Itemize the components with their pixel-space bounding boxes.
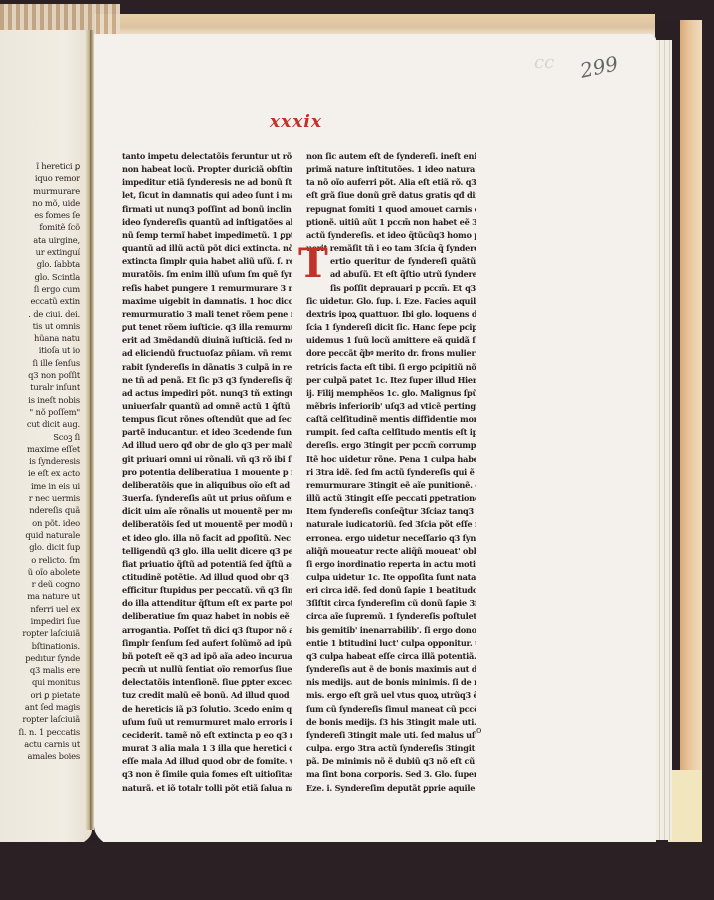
text-line: o relicto. ſm: [0, 554, 80, 566]
text-line: git priuari omni ui rõnali. vñ q3 rõ ibi…: [122, 453, 292, 466]
text-line: muratõis. ſm enim illũ uſum ſm quẽ ſynde…: [122, 268, 292, 281]
binding-board-lower: [668, 770, 702, 850]
text-line: Itẽ hoc uidetur rõne. Pena 1 culpa haben…: [306, 453, 476, 466]
text-line: de bonis medijs. ſ3 his 3tingit male uti…: [306, 716, 476, 729]
text-line: deliberatõis ſed ut mouentẽ per modũ nat…: [122, 518, 292, 531]
text-line: ſis poſſit deprauari p pccm̃. Et q3: [306, 282, 476, 295]
text-line: dextris ipoꝝ quattuor. Ibi glo. loquens …: [306, 308, 476, 321]
text-line: aliq̃ñ moueatur recte aliq̃ñ moueat' obl…: [306, 545, 476, 558]
text-line: ta nõ oĩo auferri põt. Alia eſt etiã rõ.…: [306, 176, 476, 189]
text-line: Item ſyndereſis conſeq̃tur 3ſciaz tanq3 …: [306, 505, 476, 518]
text-line: eri circa idẽ. ſed donũ ſapie 1 beatitud…: [306, 584, 476, 597]
text-line: ideo ſyndereſis quantũ ad inſtigatões ab…: [122, 216, 292, 229]
text-line: culpa uidetur 1c. Ite oppoſita ſunt nata…: [306, 571, 476, 584]
text-line: is ineſt nobis: [0, 394, 80, 406]
text-line: bis gemitib' inenarrabilib'. ſi ergo don…: [306, 624, 476, 637]
binding-board: [680, 20, 702, 850]
text-line: eccatũ extin: [0, 295, 80, 307]
text-line: uſum ſuũ ut remurmuret malo erroris in q…: [122, 716, 292, 729]
text-line: ndereſis quã: [0, 504, 80, 516]
text-line: fiat priuatio q̃ſtũ ad potentiã ſed q̃ſt…: [122, 558, 292, 571]
text-line: tis ut omnis: [0, 320, 80, 332]
text-line: Ad illud uero qđ obr de glo q3 per malũ …: [122, 439, 292, 452]
text-line: turalr inſunt: [0, 381, 80, 393]
text-line: ĩ heretici ꝑ: [0, 160, 80, 172]
text-line: r deũ cogno: [0, 578, 80, 590]
text-line: no mõ, uide: [0, 197, 80, 209]
text-line: qui monitus: [0, 676, 80, 688]
text-line: entie 1 btitudini luct' culpa opponitur.…: [306, 637, 476, 650]
text-line: amales boies: [0, 750, 80, 762]
text-line: do illa attenditur q̃ſtum eſt ex parte p…: [122, 597, 292, 610]
text-line: nis medijs. aut de bonis minimis. ſi de …: [306, 676, 476, 689]
text-line: murmurare: [0, 185, 80, 197]
text-line: 3ſiſtit circa ſyndereſim cũ donũ ſapie 3…: [306, 597, 476, 610]
text-line: is ſynderesis: [0, 455, 80, 467]
text-line: murat 3 alia mala 1 3 illa que heretici …: [122, 742, 292, 755]
text-line: itioſa ut io: [0, 344, 80, 356]
text-line: ſum cũ ſyndereſis ſimul maneat cũ pccõ. …: [306, 703, 476, 716]
text-line: Scoꝫ ſi: [0, 431, 80, 443]
text-line: ri 3tra idẽ. ſed ſm actũ ſyndereſis qui …: [306, 466, 476, 479]
text-line: non ſic autem eſt de ſyndereſi. ineſt en…: [306, 150, 476, 163]
text-line: glo. ſabbta: [0, 258, 80, 270]
text-line: ant ſed magis: [0, 701, 80, 713]
text-line: ie eſt ex acto: [0, 467, 80, 479]
text-line: ſcia 1 ſyndereſi dicit ſic. Hanc ſepe pc…: [306, 321, 476, 334]
text-line: eſſe mala Ad illud quod obr de fomite. v…: [122, 755, 292, 768]
text-line: uniuerſalr quantũ ad omnẽ actũ 1 q̃ſtũ a…: [122, 400, 292, 413]
text-line: pã. De minimis nõ ẽ dubiũ q3 nõ eſt cũ m…: [306, 755, 476, 768]
text-line: glo. dicit ſup: [0, 541, 80, 553]
text-line: deliberatõis que in aliquibus oĩo eſt ad…: [122, 479, 292, 492]
text-line: 3uerſa. ſyndereſis aũt ut prius oñſum eſ…: [122, 492, 292, 505]
text-line: fomitẽ ſcõ: [0, 221, 80, 233]
text-line: es fomes ſe: [0, 209, 80, 221]
text-line: efficitur ſtupidus per peccatũ. vñ q3 ſi…: [122, 584, 292, 597]
text-line: ſyndereſi 3tingit male uti. ſed malus uſ…: [306, 729, 476, 742]
text-line: ata uirgine,: [0, 234, 80, 246]
text-column-a: tanto impetu delectatõis feruntur ut rõ …: [122, 150, 292, 795]
left-page-text: ĩ heretici ꝑiquo remormurmurareno mõ, ui…: [0, 160, 80, 763]
text-line: mẽbris inferiorib' uſq3 ad vticẽ perting…: [306, 400, 476, 413]
text-line: arrogantia. Poſſet tñ dici q3 ſtupor nõ …: [122, 624, 292, 637]
book-top-edge: [95, 14, 655, 36]
text-line: non habeat locũ. Propter duriciã obſtina…: [122, 163, 292, 176]
text-line: ad actus impediri põt. nunq3 tñ extingui…: [122, 387, 292, 400]
text-line: repugnat fomiti 1 quod amouet carnis cor…: [306, 203, 476, 216]
text-line: ur extinguí: [0, 246, 80, 258]
folio-heading: xxxix: [270, 112, 322, 132]
text-line: ũ oĩo abolete: [0, 566, 80, 578]
text-line: let, ſicut in damnatis qui adeo ſunt i m…: [122, 189, 292, 202]
text-line: circa aĩe ſupremũ. 1 ſyndereſis poſtulet…: [306, 610, 476, 623]
text-line: q3 non ẽ ſimile quia fomes eſt uitioſita…: [122, 768, 292, 781]
text-line: culpa. ergo 3tra actũ ſyndereſis 3tingit…: [306, 742, 476, 755]
text-line: ne tñ ad penã. Et ſic p3 q3 ſyndereſis q…: [122, 374, 292, 387]
text-line: ꝑut tenet rõem iuſticie. q3 illa remurmu…: [122, 321, 292, 334]
text-line: ropter laſciuiã: [0, 713, 80, 725]
text-line: q3 malis ere: [0, 664, 80, 676]
text-line: hũana natu: [0, 332, 80, 344]
text-line: . de ciui. dei.: [0, 308, 80, 320]
text-line: ptionẽ. uitiũ aũt 1 pccm̃ non habet eẽ 3…: [306, 216, 476, 229]
text-line: ſyndereſis aut ẽ de bonis maximis aut de…: [306, 663, 476, 676]
text-line: erit ad 3mẽdandũ diuinã iuſticiã. ſed no…: [122, 334, 292, 347]
text-line: ſi ergo inordinatio reperta in actu moti…: [306, 558, 476, 571]
text-line: uerit remãſit tñ i eo tam 3ſcia q̃ ſynde…: [306, 242, 476, 255]
text-line: illũ actũ 3tingit eſſe peccati ꝑpetratio…: [306, 492, 476, 505]
text-line: ime in eis ui: [0, 480, 80, 492]
text-line: quantũ ad illũ actũ põt dici extincta. n…: [122, 242, 292, 255]
text-line: ſi ergo cum: [0, 283, 80, 295]
text-line: deliberatiue ſm quaz habet in nobis eẽ ſ…: [122, 610, 292, 623]
text-line: ori ꝑ pietate: [0, 689, 80, 701]
text-line: actũ ſyndereſis. et ideo q̃tũcũq3 homo p…: [306, 229, 476, 242]
text-line: nferri uel ex: [0, 603, 80, 615]
text-line: eſt grã ſiue donũ grẽ datus gratis qđ di…: [306, 189, 476, 202]
book-photograph: ĩ heretici ꝑiquo remormurmurareno mõ, ui…: [0, 0, 714, 900]
signature-mark: o: [476, 726, 481, 736]
text-line: firmati ut nunq3 poſſint ad bonũ inclina…: [122, 203, 292, 216]
text-line: " nõ poſſem": [0, 406, 80, 418]
text-line: naturale iudicatoriũ. ſed 3ſcia põt eſſe…: [306, 518, 476, 531]
text-line: ad abuſũ. Et eſt q̃ſtio utrũ ſyndere: [306, 268, 476, 281]
text-line: bſtinationis.: [0, 640, 80, 652]
text-line: ma ſint bona corporis. Sed 3. Glo. ſuper: [306, 768, 476, 781]
text-line: ropter laſciuiã: [0, 627, 80, 639]
text-line: primã nature inſtitutões. 1 ideo natura …: [306, 163, 476, 176]
text-line: nũ ſemp termĩ habet impedimetũ. 1 ꝑptere…: [122, 229, 292, 242]
text-line: glo. Scintla: [0, 271, 80, 283]
text-line: iquo remor: [0, 172, 80, 184]
text-line: mis. ergo eſt grã uel vtus quoꝝ utrũq3 ẽ…: [306, 689, 476, 702]
text-line: dore peccãt q̃bꝰ merito dr. frons mulier…: [306, 347, 476, 360]
text-line: ſi ille ſenſus: [0, 357, 80, 369]
text-line: on põt. ideo: [0, 517, 80, 529]
text-line: tempus ſicut rõnes oſtendũt que ad ſecun…: [122, 413, 292, 426]
text-line: pro potentia deliberatiua 1 mouente p mo…: [122, 466, 292, 479]
text-line: q3 non poſſit: [0, 369, 80, 381]
text-line: rumpit. ſed caſta celſitudo mentis eſt i…: [306, 426, 476, 439]
text-line: quid naturale: [0, 529, 80, 541]
text-line: ſi. n. 1 peccatis: [0, 726, 80, 738]
text-line: dereſis. ergo 3tingit per pccm̃ corrumpi…: [306, 439, 476, 452]
text-line: maxime uigebit in damnatis. 1 hoc dico ꝑ…: [122, 295, 292, 308]
text-line: et ideo glo. illa nõ facit ad ꝑpoſitũ. N…: [122, 532, 292, 545]
text-line: bñ poteſt eẽ q3 ad ipõ aĩa adeo incuruat…: [122, 650, 292, 663]
text-line: ma nature ut: [0, 590, 80, 602]
text-line: uidemus 1 ſuũ locũ amittere eã quidã ſin…: [306, 334, 476, 347]
text-line: de hereticis iã p3 ſolutio. 3cedo enim q…: [122, 703, 292, 716]
faint-pencil-mark: cc: [534, 52, 554, 73]
text-line: delectatõis intenſionẽ. ſiue ꝑpter excec…: [122, 676, 292, 689]
text-column-b: non ſic autem eſt de ſyndereſi. ineſt en…: [306, 150, 476, 795]
text-line: pedıtur ſynde: [0, 652, 80, 664]
drop-cap-initial: T: [298, 244, 328, 284]
text-line: impeditur etiã ſynderesis ne ad bonũ ſti…: [122, 176, 292, 189]
background-bottom: [0, 842, 714, 900]
text-line: remurmuratio 3 mali tenet rõem pene non: [122, 308, 292, 321]
text-line: extincta ſimplr quia habet aliũ uſũ. ſ. …: [122, 255, 292, 268]
text-line: ad eliciendũ fructuoſaz pñiam. vñ remurm…: [122, 347, 292, 360]
text-line: q3 culpa habeat eſſe circa illã potentiã…: [306, 650, 476, 663]
text-line: dicit uim aĩe rõnalis ut mouentẽ per mod…: [122, 505, 292, 518]
gutter: [86, 30, 94, 830]
text-line: retricis facta eſt tibi. ſi ergo pcipiti…: [306, 361, 476, 374]
text-line: ij. Filij memphẽos 1c. glo. Malignus ſpũ…: [306, 387, 476, 400]
text-line: ſimplr ſenſum ſed aufert ſolũmõ ad ipũs.…: [122, 637, 292, 650]
text-line: per culpã patet 1c. Itez ſuper illud Hie…: [306, 374, 476, 387]
text-line: tuz credit malũ eẽ bonũ. Ad illud quod o…: [122, 689, 292, 702]
text-line: ſic uidetur. Glo. ſup. i. Eze. Facies aq…: [306, 295, 476, 308]
background-right: [702, 0, 714, 900]
text-line: cut dicit aug.: [0, 418, 80, 430]
text-line: r nec uermis: [0, 492, 80, 504]
text-line: tanto impetu delectatõis feruntur ut rõ …: [122, 150, 292, 163]
text-line: actu carnis ut: [0, 738, 80, 750]
text-line: reſis habet pungere 1 remurmurare 3 malũ: [122, 282, 292, 295]
text-line: partẽ inducantur. et ideo 3cedende ſunt.: [122, 426, 292, 439]
text-line: ceciderit. tamẽ nõ eſt extincta p eo q3 …: [122, 729, 292, 742]
text-line: impediri ſue: [0, 615, 80, 627]
text-line: remurmurare 3tingit eẽ aĩe punitionẽ. er…: [306, 479, 476, 492]
text-line: erronea. ergo uidetur neceſſario q3 ſynd…: [306, 532, 476, 545]
text-line: telligendũ q3 glo. illa uelit dicere q3 …: [122, 545, 292, 558]
text-line: Eze. i. Syndereſim deputãt ꝑprie aquile …: [306, 782, 476, 795]
text-line: maxime eſſet: [0, 443, 80, 455]
text-line: naturã. et iõ totalr tolli põt etiã ſalu…: [122, 782, 292, 795]
text-line: caſtã celſitudinẽ mentis diffidentie mor…: [306, 413, 476, 426]
text-line: pecm̃ ut nullũ ſentiat oĩo remorſus ſiue…: [122, 663, 292, 676]
text-line: ctitudinẽ potẽtie. Ad illud quod obr q3 …: [122, 571, 292, 584]
text-line: rabit ſyndereſis in dãnatis 3 culpã in r…: [122, 361, 292, 374]
text-line: ertio queritur de ſyndereſi quãtũ: [306, 255, 476, 268]
